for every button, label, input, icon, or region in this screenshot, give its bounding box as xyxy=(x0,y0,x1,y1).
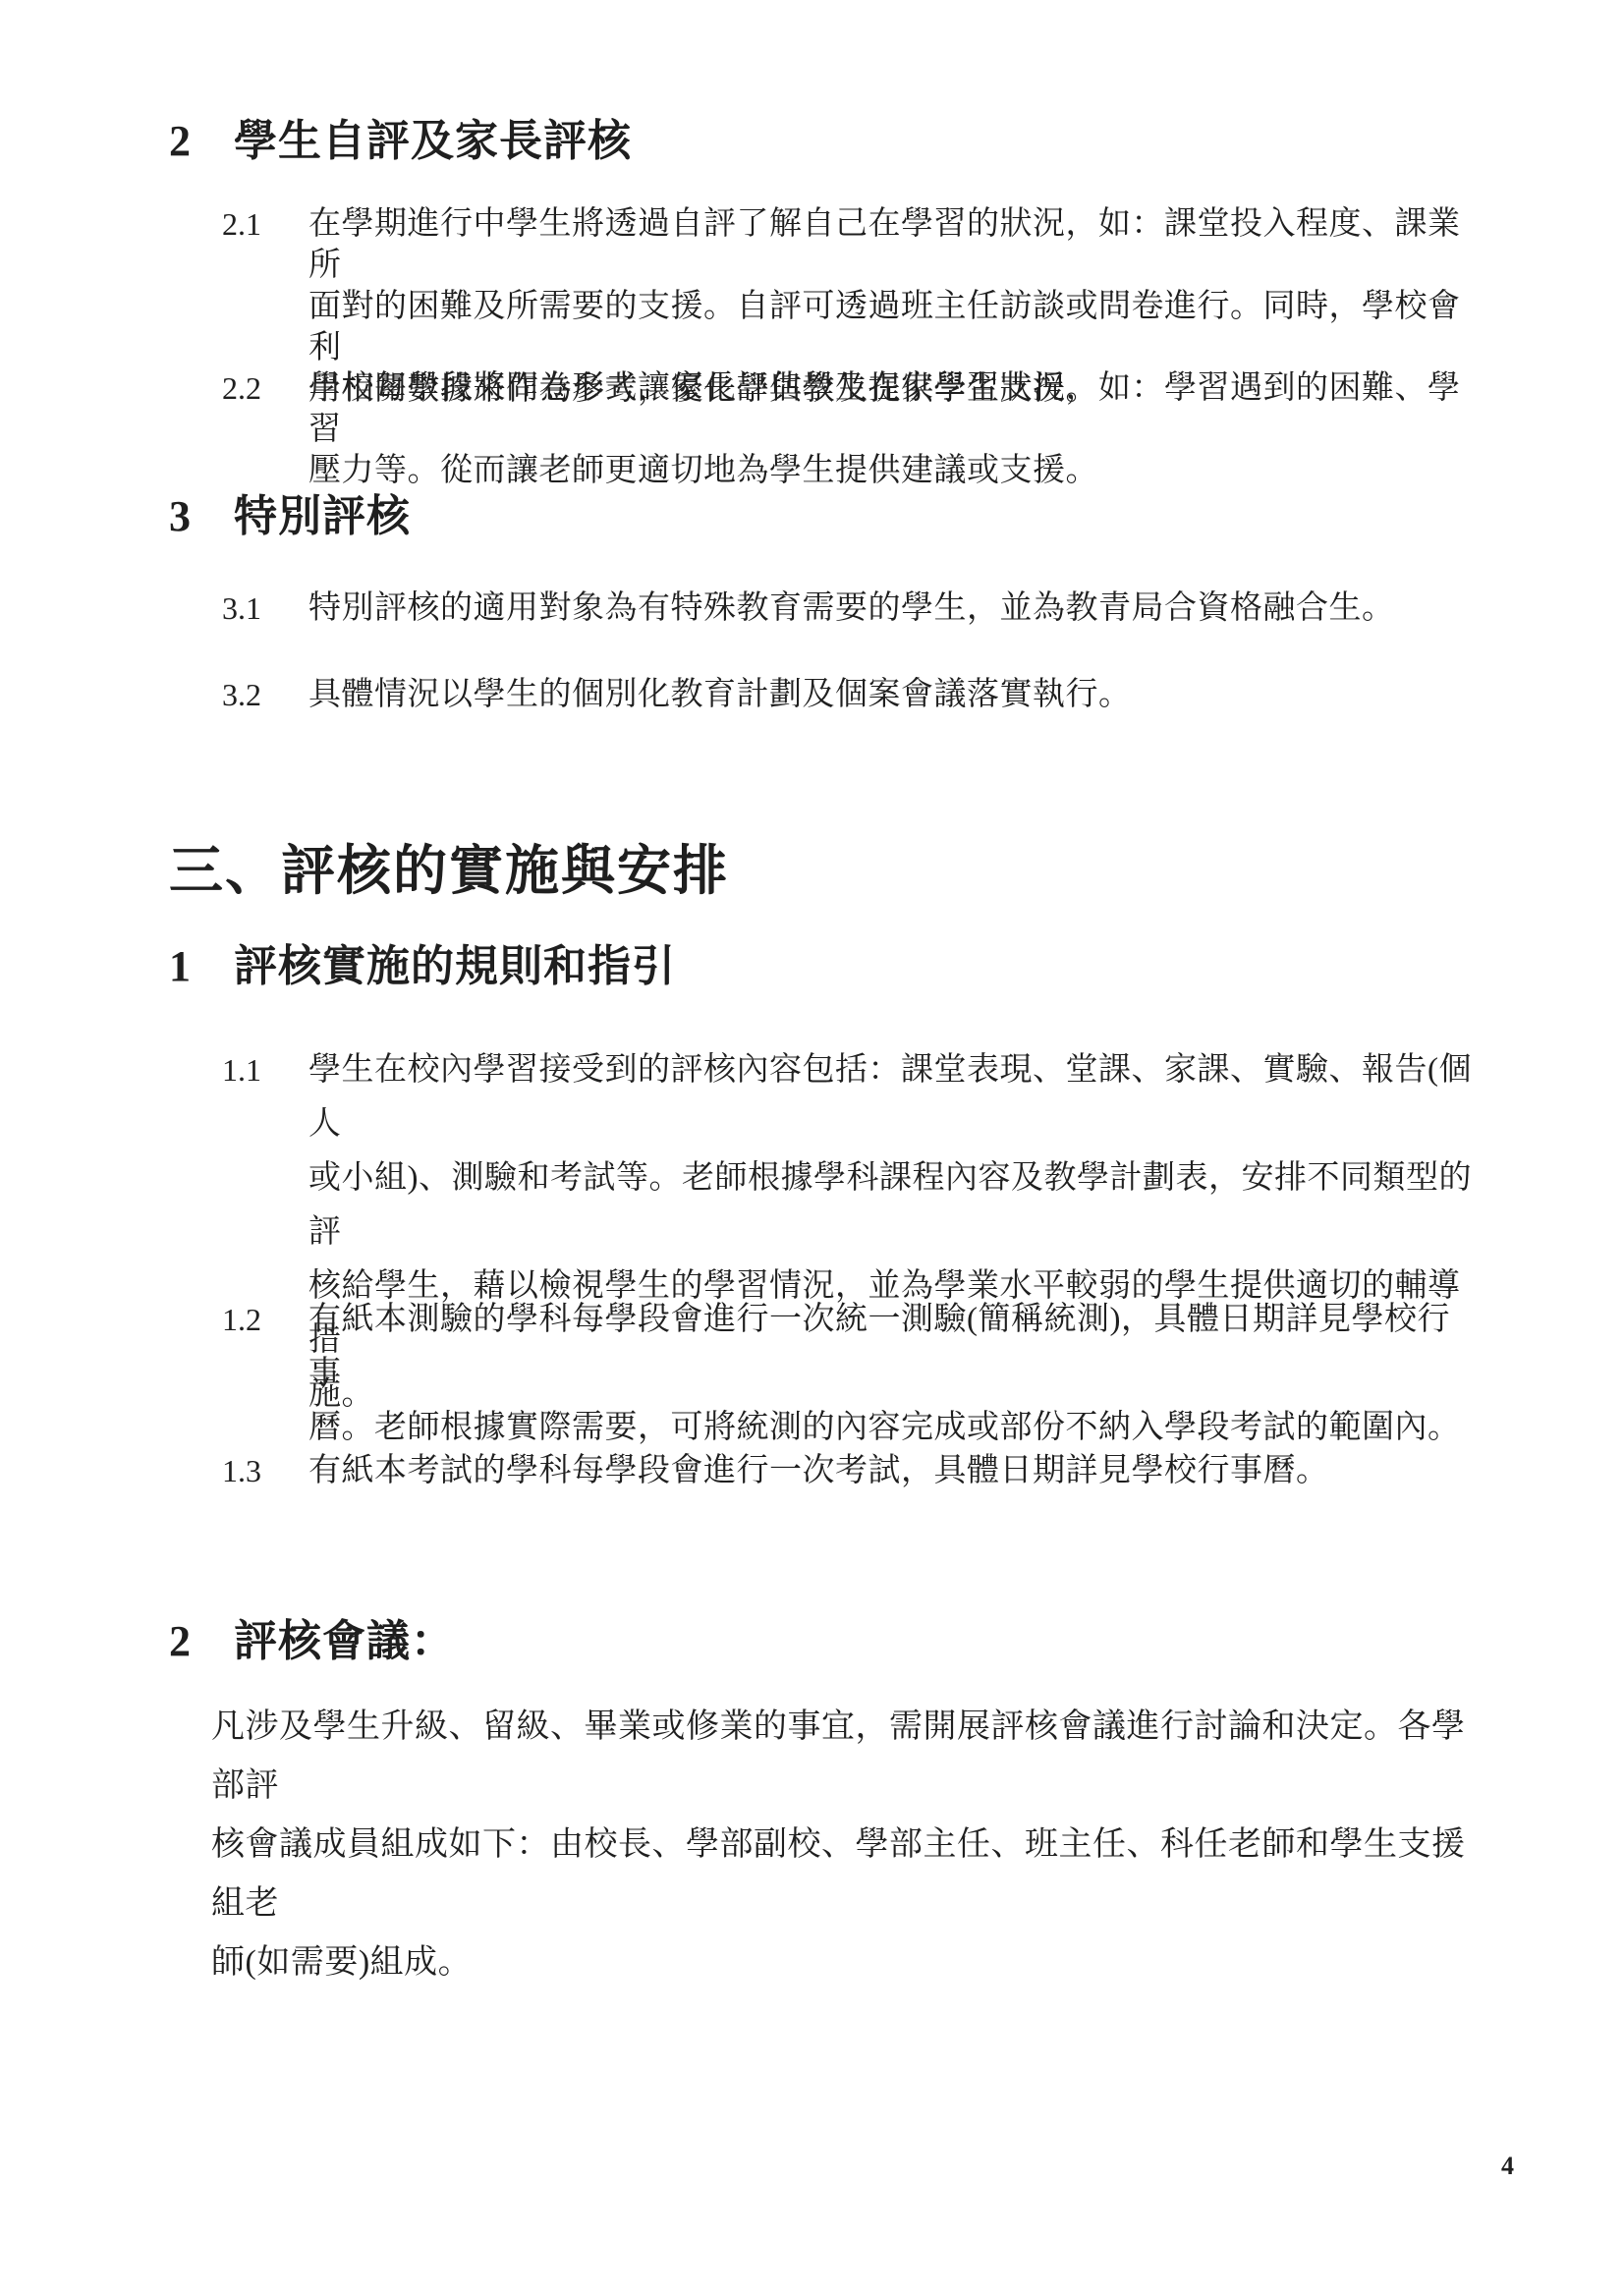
section-number: 2 xyxy=(169,116,234,167)
clause-2-2: 2.2 學校每學段將問卷形式讓家長評估學生在家學習狀況，如：學習遇到的困難、學習… xyxy=(222,367,1473,491)
clause-1-2: 1.2 有紙本測驗的學科每學段會進行一次統一測驗(簡稱統測)，具體日期詳見學校行… xyxy=(222,1293,1473,1455)
section-heading-assessment-meeting: 2 評核會議： xyxy=(169,1616,455,1667)
section-title: 特別評核 xyxy=(234,491,411,542)
clause-text: 具體情況以學生的個別化教育計劃及個案會議落實執行。 xyxy=(308,674,1473,715)
clause-text: 有紙本考試的學科每學段會進行一次考試，具體日期詳見學校行事曆。 xyxy=(308,1444,1473,1498)
section-title: 評核會議： xyxy=(234,1616,455,1667)
clause-number: 1.2 xyxy=(222,1293,308,1347)
clause-text: 有紙本測驗的學科每學段會進行一次統一測驗(簡稱統測)，具體日期詳見學校行事 曆。… xyxy=(308,1293,1473,1455)
section-number: 3 xyxy=(169,491,234,542)
assessment-meeting-paragraph: 凡涉及學生升級、留級、畢業或修業的事宜，需開展評核會議進行討論和決定。各學部評 … xyxy=(211,1698,1484,1992)
document-page: 2 學生自評及家長評核 2.1 在學期進行中學生將透過自評了解自己在學習的狀況，… xyxy=(0,0,1624,2296)
clause-number: 1.3 xyxy=(222,1444,308,1498)
section-heading-rules-guidelines: 1 評核實施的規則和指引 xyxy=(169,941,676,992)
page-number: 4 xyxy=(1501,2152,1514,2181)
clause-text: 學校每學段將問卷形式讓家長評估學生在家學習狀況，如：學習遇到的困難、學習 壓力等… xyxy=(308,367,1473,491)
clause-1-3: 1.3 有紙本考試的學科每學段會進行一次考試，具體日期詳見學校行事曆。 xyxy=(222,1444,1473,1498)
part-heading-implementation: 三、評核的實施與安排 xyxy=(169,840,729,903)
clause-number: 3.2 xyxy=(222,674,308,715)
clause-3-2: 3.2 具體情況以學生的個別化教育計劃及個案會議落實執行。 xyxy=(222,674,1473,715)
section-heading-special-assessment: 3 特別評核 xyxy=(169,491,411,542)
section-number: 1 xyxy=(169,941,234,992)
clause-text: 特別評核的適用對象為有特殊教育需要的學生，並為教青局合資格融合生。 xyxy=(308,588,1473,629)
section-heading-self-parent-assessment: 2 學生自評及家長評核 xyxy=(169,116,632,167)
section-title: 評核實施的規則和指引 xyxy=(234,941,676,992)
clause-number: 2.1 xyxy=(222,203,308,245)
clause-number: 1.1 xyxy=(222,1043,308,1097)
clause-number: 2.2 xyxy=(222,367,308,409)
section-title: 學生自評及家長評核 xyxy=(234,116,632,167)
section-number: 2 xyxy=(169,1616,234,1667)
clause-3-1: 3.1 特別評核的適用對象為有特殊教育需要的學生，並為教青局合資格融合生。 xyxy=(222,588,1473,629)
clause-number: 3.1 xyxy=(222,588,308,629)
